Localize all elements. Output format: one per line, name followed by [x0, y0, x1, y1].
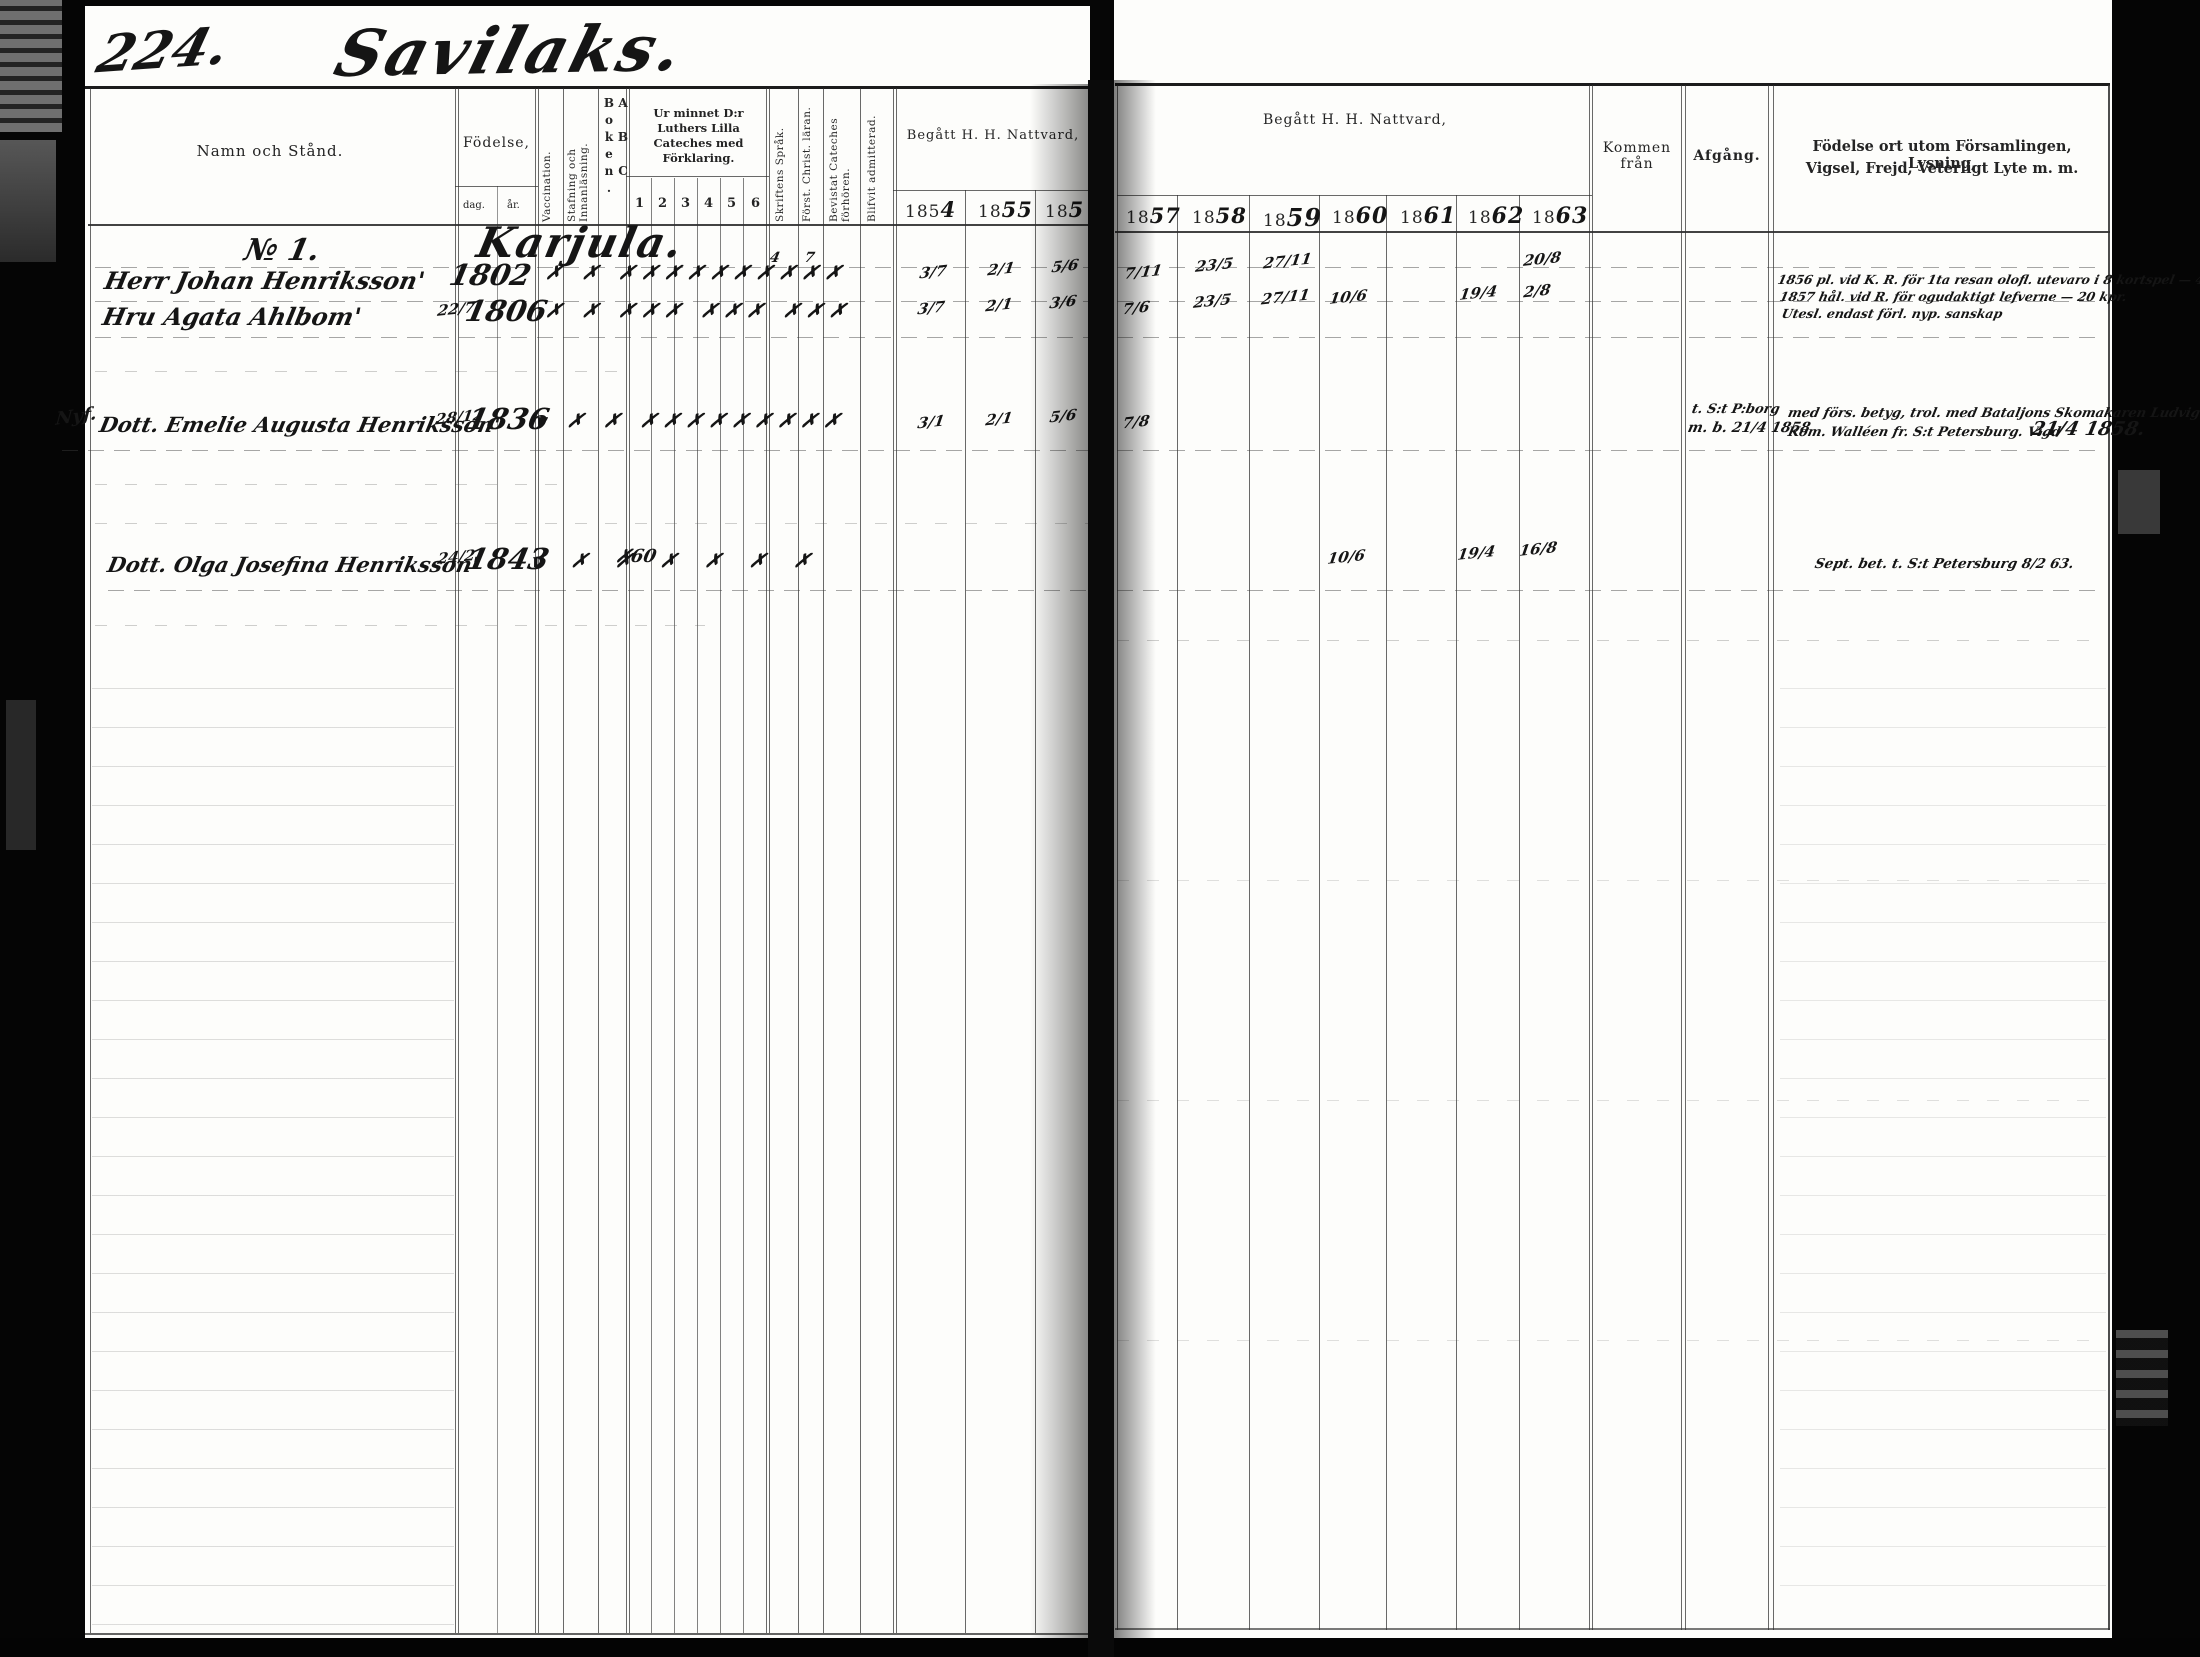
communion-1855: 2/1	[984, 295, 1013, 316]
margin-note-line1: Sept. bet. t. S:t Petersburg 8/2 63.	[1813, 556, 2075, 572]
years-top-line-right	[1117, 195, 1592, 196]
person-name: Dott. Olga Josefina Henriksson'	[105, 552, 480, 577]
admitted-mark: ✗60	[614, 546, 659, 567]
book-gutter	[1088, 80, 1114, 1657]
margin-note-date: 21/4 1858.	[2030, 418, 2147, 440]
exam-marks: 4 7	[768, 250, 826, 266]
communion-1855: 2/1	[986, 259, 1015, 280]
column-line	[1592, 85, 1593, 1630]
communion-1863: 2/8	[1522, 281, 1551, 302]
year-printed: 18	[1400, 208, 1424, 228]
year-hand: 4	[940, 197, 956, 222]
column-line	[1773, 85, 1774, 1630]
year-printed: 18	[1332, 208, 1356, 228]
catechism-label-underline	[626, 176, 769, 177]
reading-marks: v ✗ ✗ ✗ ✗ ✗ ✗	[530, 550, 824, 572]
come-from-column-header: Kommenfrån	[1594, 140, 1680, 172]
come-from-line1: Kommen	[1603, 140, 1671, 156]
column-line	[1589, 85, 1590, 1630]
column-line	[697, 178, 698, 1633]
year-printed: 185	[905, 202, 940, 222]
column-line	[455, 88, 456, 1633]
year-printed: 18	[1192, 208, 1216, 228]
scan-artifact	[0, 140, 56, 262]
column-line	[458, 88, 459, 1633]
reading-column-header: Stafning och Innanläsning.	[566, 96, 596, 222]
year-printed: 18	[1468, 208, 1492, 228]
birth-column-header: Födelse,	[455, 135, 538, 151]
table-top-border	[85, 86, 1090, 89]
year-printed: 18	[1263, 211, 1287, 231]
catechism-subcol-1: 1	[635, 196, 645, 211]
margin-note-line2: 1857 hål. vid R. för ogudaktigt lefverne…	[1778, 289, 2128, 304]
column-line	[1177, 195, 1178, 1630]
column-line	[1319, 195, 1320, 1630]
gutter-shadow-left	[1030, 84, 1088, 1638]
reading-marks: v ✗ ✗ ✗✗✗✗✗✗✗✗✗	[534, 410, 850, 432]
catechism-subcol-6: 6	[751, 196, 761, 211]
column-line	[1768, 85, 1769, 1630]
margin-note-line2: Kom. Walléen fr. S:t Petersburg. Vigd	[1786, 425, 2062, 440]
communion-1854: 3/7	[916, 298, 945, 319]
catechism-column-header: Ur minnet D:r Luthers Lilla Cateches med…	[630, 106, 767, 166]
communion-header-right: Begått H. H. Nattvard,	[1220, 112, 1490, 128]
year-1854: 1854	[905, 197, 956, 222]
person-name: Hru Agata Ahlbom'	[100, 302, 364, 331]
scan-artifact	[0, 0, 62, 132]
year-hand: 58	[1216, 203, 1247, 228]
attended-exams-column-header: Bevistat Cateches förhören.	[828, 96, 858, 222]
column-line	[1386, 195, 1387, 1630]
scripture-column-header: Skriftens Språk.	[774, 96, 786, 222]
household-number: № 1.	[241, 233, 323, 268]
row-line	[1117, 590, 2105, 591]
year-1858: 1858	[1192, 203, 1247, 228]
row-line	[1117, 337, 2105, 338]
vaccination-column-header: Vaccination.	[541, 96, 553, 222]
year-1859: 1859	[1263, 203, 1322, 232]
column-line	[743, 178, 744, 1633]
ruled-area-name-column	[92, 650, 454, 1630]
column-line	[893, 88, 894, 1633]
margin-note-line1: 1856 pl. vid K. R. för 1ta resan olofl. …	[1776, 272, 2200, 287]
communion-1854: 3/7	[918, 262, 947, 283]
birth-year: 1806	[462, 294, 550, 328]
communion-1855: 2/1	[984, 409, 1013, 430]
communion-1854: 3/1	[916, 412, 945, 433]
column-line	[720, 178, 721, 1633]
row-line	[1117, 450, 2105, 451]
table-top-border	[1115, 83, 2110, 86]
scan-artifact	[2118, 470, 2160, 534]
gutter-shadow-right	[1114, 80, 1156, 1638]
admitted-column-header: Blifvit admitterad.	[866, 96, 878, 222]
column-line	[90, 88, 91, 1633]
come-from-line2: från	[1620, 156, 1653, 172]
page-title: Savilaks.	[327, 11, 693, 92]
column-line	[860, 88, 861, 1633]
year-hand: 55	[1002, 197, 1033, 222]
row-line	[62, 450, 1090, 451]
birth-year-subheader: år.	[507, 200, 520, 211]
column-line	[1519, 195, 1520, 1630]
catechism-subcol-5: 5	[727, 196, 737, 211]
year-hand: 61	[1424, 203, 1457, 229]
column-line	[674, 178, 675, 1633]
catechism-subcol-4: 4	[704, 196, 714, 211]
year-1855: 1855	[978, 197, 1033, 222]
catechism-subcol-2: 2	[658, 196, 668, 211]
column-line	[1681, 85, 1682, 1630]
row-line	[95, 371, 635, 372]
row-line	[95, 337, 1090, 338]
row-line	[95, 523, 1090, 524]
row-line	[95, 625, 705, 626]
person-name: Herr Johan Henriksson'	[102, 266, 428, 295]
notes-column-header-line2: Vigsel, Frejd, Veterligt Lyte m. m.	[1778, 160, 2106, 177]
year-hand: 59	[1287, 203, 1322, 232]
year-hand: 60	[1356, 203, 1389, 229]
name-column-header: Namn och Stånd.	[120, 142, 420, 160]
departure-column-header: Afgång.	[1687, 148, 1767, 164]
page-number: 224.	[91, 16, 236, 86]
row-line	[108, 590, 1090, 591]
birth-day-subheader: dag.	[463, 200, 485, 211]
row-line	[1117, 640, 2105, 641]
catechism-subcol-3: 3	[681, 196, 691, 211]
year-1861: 1861	[1400, 203, 1456, 229]
year-hand: 62	[1492, 203, 1525, 229]
column-line	[965, 190, 966, 1633]
understanding-column-header: Först. Christ. läran.	[801, 96, 813, 222]
ruled-area-notes-column	[1780, 650, 2106, 1610]
year-1863: 1863	[1532, 203, 1588, 229]
row-line	[95, 484, 565, 485]
margin-note-line3: Utesl. endast förl. nyp. sanskap	[1780, 306, 2004, 321]
reading-marks: ✗ ✗ ✗✗✗ ✗✗✗ ✗✗✗	[544, 300, 855, 322]
right-page-bottom-edge	[1115, 1628, 2110, 1630]
column-line	[651, 178, 652, 1633]
year-printed: 18	[1532, 208, 1556, 228]
column-line	[896, 88, 897, 1633]
left-page-bottom-edge	[85, 1633, 1090, 1635]
column-line	[1456, 195, 1457, 1630]
year-printed: 18	[978, 202, 1002, 222]
column-line	[1685, 85, 1686, 1630]
abc-book-column-header: A B C Boken.	[602, 96, 630, 222]
year-hand: 63	[1556, 203, 1589, 229]
year-1860: 1860	[1332, 203, 1388, 229]
year-1862: 1862	[1468, 203, 1524, 229]
scan-artifact	[2116, 1330, 2168, 1426]
village-name: Karjula.	[473, 218, 689, 267]
departure-note-line1: t. S:t P:borg	[1690, 402, 1781, 417]
scanned-church-book-page: 224. Savilaks. Namn och Stånd. Födel	[0, 0, 2200, 1657]
column-line	[1249, 195, 1250, 1630]
scan-artifact	[6, 700, 36, 850]
column-line	[2108, 85, 2110, 1630]
